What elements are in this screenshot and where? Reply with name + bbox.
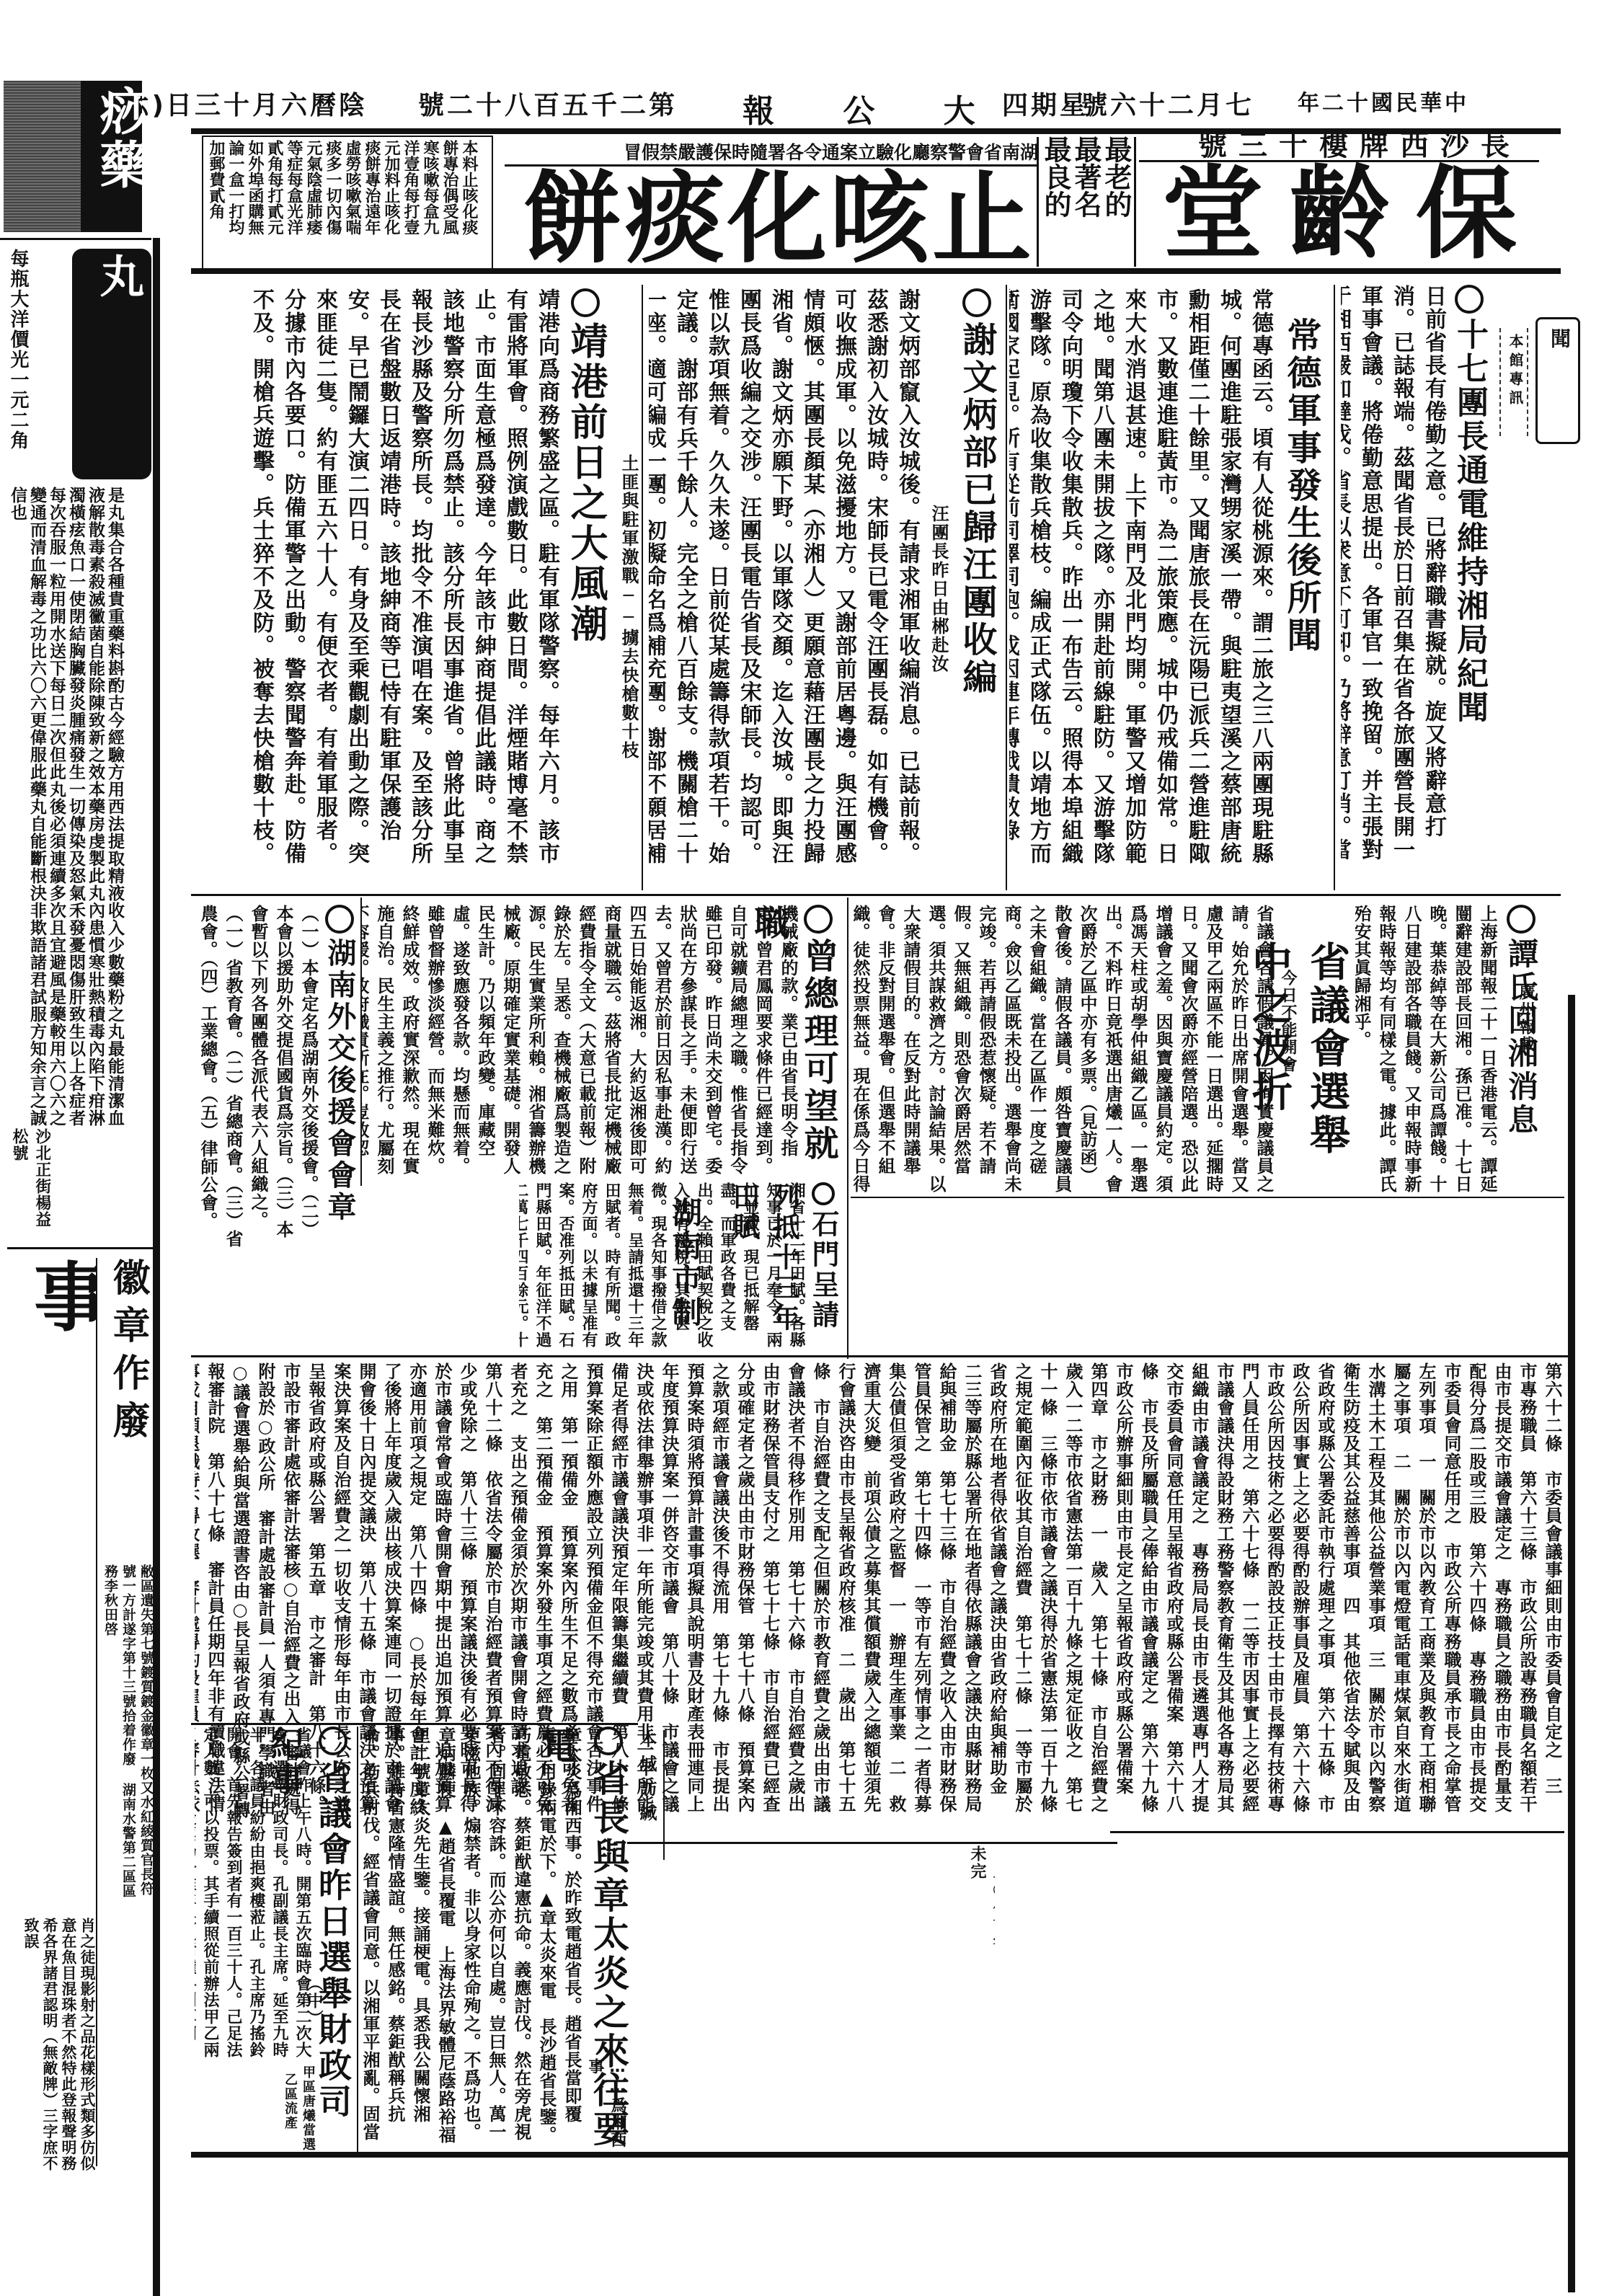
article-body: 章太炎爲湘西事。於昨致電趙省長。趙省長當即覆電。用錄兩電於下。▲章太炎來電 長沙…	[360, 1727, 584, 2152]
masthead-weekday: 四期星	[1002, 85, 1089, 122]
article-body: 第六十二條 市委員會議事細則由市委員會自定之 三 市專務職員 第六十三條 市政公…	[606, 1362, 1564, 1824]
zhike-title: 止咳化痰餅	[508, 164, 1034, 272]
article-zenghe: 曾總理可望就職 機械廠的款。業已由省長明令指定。曾君鳳岡要求條件已經達到。自可就…	[360, 905, 843, 1179]
section-rule	[627, 1842, 1117, 1844]
article-xiewen: 謝文炳部已歸汪團收編 汪團長昨日由郴赴汝 謝文炳部竄入汝城後。有請求湘軍收編消息…	[649, 288, 1002, 887]
zhike-desc-line: 等症每盒光洋	[285, 140, 303, 235]
column-rule	[357, 1727, 358, 2152]
qingxue-title-box: 清血解毒丸	[72, 249, 151, 479]
bullet-circle-icon	[804, 905, 833, 934]
band-rule	[191, 894, 1561, 896]
wudi-notice-body: 敝區遺失第七號鍍質鍍金徽章一枚又水紅綾質官長符號一方計遂字第十三號拾着作廢 湖南…	[101, 1564, 155, 1903]
article-tag: 廣州報載	[1515, 984, 1537, 1053]
baoling-slogan: 最老的 最著名 最良的	[1040, 136, 1133, 267]
section-label: 本省新聞	[1538, 319, 1580, 442]
article-subtitle: ……爲湘西事	[584, 2058, 629, 2152]
article-title: 謝文炳部已歸汪團收編	[957, 322, 997, 696]
column-rule	[1334, 285, 1335, 890]
article-body: 靖港向爲商務繁盛之區。駐有軍隊警察。每年六月。該市有雷將軍會。照例演戲數日。此數…	[202, 288, 562, 887]
yiyao-ad-title-box: 痧藥	[81, 81, 142, 232]
article-body: 謝文炳部竄入汝城後。有請求湘軍收編消息。已誌前報。茲悉謝初入汝城時。宋師長已電令…	[649, 288, 923, 887]
column-rule	[1006, 285, 1007, 890]
article-jinggang: 靖港前日之大風潮 土匪與駐軍激戰──擄去快槍數十枝 靖港向爲商務繁盛之區。駐有軍…	[202, 288, 642, 887]
ad-divider	[1037, 137, 1039, 267]
sidebar-rule	[0, 238, 151, 240]
zhike-desc-line: 如外埠函購無	[246, 140, 265, 235]
article-title: 十七團長通電維持湘局紀聞	[1451, 318, 1488, 724]
masthead-date: 號六十二月七	[1081, 85, 1254, 122]
qingxue-title: 清血解毒丸	[72, 249, 151, 479]
yiyao-ad-title: 痧藥	[81, 81, 142, 196]
article-subtitle: 汪團長昨日由郴赴汝	[926, 505, 952, 673]
article-shiqi: 十七團長通電維持湘局紀聞 日前省長有倦勤之意。已將辭職書擬就。旋又將辭意打消。已…	[1341, 285, 1492, 883]
article-body: 機械廠的款。業已由省長明令指定。曾君鳳岡要求條件已經達到。自可就鑛局總理之職。惟…	[360, 905, 800, 1179]
bullet-circle-icon	[812, 1182, 835, 1205]
zhike-desc-line: 元氣陰虛肺痿	[304, 140, 323, 235]
bullet-circle-icon	[319, 1727, 347, 1755]
article-subtitle-b: 乙區流產	[280, 2073, 299, 2130]
zhike-desc-line: 元加料止咳化	[382, 140, 401, 235]
article-shengyihui: 省議會昨日選舉財政司紀事 甲區唐爔當選 乙區流產 省議會昨上午八時。開第五次臨時…	[195, 1727, 357, 2152]
ad-divider	[1134, 137, 1136, 267]
article-tan: 譚氏回湘消息 廣州報載 上海新聞報二十一日香港電云。譚延闓辭建設部長回湘。孫已准…	[1355, 905, 1543, 1193]
masthead-issue: 號二十八百五千二第	[418, 85, 678, 122]
article-shengyi: 省議會選舉中之波折 今日不能開會 省議會各請假議員。因徇實慶議員之請。始允於昨日…	[851, 905, 1355, 1193]
wudi-title: 無敵牌牙粉啓事	[11, 1258, 96, 1907]
wudi-notice: 徽章作廢	[101, 1258, 155, 1561]
article-body: 省議會各請假議員。因徇實慶議員之請。始允於昨日出席開會選舉。當又慮及甲乙兩區不能…	[851, 905, 1276, 1193]
column-rule	[642, 285, 643, 890]
article-title: 湖南市制	[668, 1197, 703, 1329]
bullet-circle-icon	[325, 905, 354, 934]
zhike-desc-line: 本料止咳化痰	[460, 140, 479, 235]
zhike-desc-line: 餅專治偶受風	[440, 140, 459, 235]
sidebar-rule	[7, 1247, 155, 1249]
zhike-desc-line: 寒咳嗽每盒九	[421, 140, 440, 235]
sidebar-right-thick	[1568, 995, 1575, 2292]
zhike-desc-line: 痰多一切內傷	[324, 140, 342, 235]
masthead-paper-name: 報 公 大	[743, 85, 1004, 131]
bullet-circle-icon	[571, 288, 600, 317]
article-title: 靖港前日之大風潮	[564, 322, 607, 644]
section-label-box: 本省新聞	[1535, 317, 1580, 444]
article-body: 日前省長有倦勤之意。已將辭職書擬就。旋又將辭意打消。已誌報端。茲聞省長於日前召集…	[1341, 285, 1449, 883]
column-rule	[360, 897, 362, 1186]
slogan-line: 最良的	[1040, 136, 1071, 218]
section-tag: 本館專訊	[1499, 328, 1528, 436]
page-bottom-rule	[191, 2152, 1572, 2158]
bullet-circle-icon	[594, 1727, 623, 1755]
article-waijiao-cont	[1226, 1200, 1564, 1352]
article-zhangtaiyan-tag: 本城訪緘	[634, 1730, 665, 1860]
zhike-desc-line: 洋壹角每打壹	[402, 140, 420, 235]
slogan-line: 最著名	[1070, 136, 1102, 218]
article-changde: 常德軍事發生後所聞 常德專函云。頃有人從桃源來。謂二旅之三八兩團現駐縣城。何團進…	[1009, 288, 1326, 887]
qingxue-body: 是丸集合各種貴重藥料斟酌古今經驗方用西法提取精液收入少數藥粉之丸最能清潔血液解散…	[7, 487, 159, 1128]
section-rule	[1110, 1831, 1564, 1833]
slogan-line: 最老的	[1100, 136, 1132, 218]
zhike-desc-line: 加郵費貳角	[207, 140, 226, 219]
qingxue-price: 每瓶大洋價光一元二角	[7, 249, 68, 479]
article-body: 省議會昨上午八時。開第五次臨時會第二次大會。選舉財政司長。孔副議長主席。延至九時…	[195, 1727, 314, 2058]
article-subtitle-a: 甲區唐爔當選	[298, 2065, 317, 2152]
top-ad-bottom-rule	[191, 268, 1561, 274]
article-subtitle: 土匪與駐軍激戰──擄去快槍數十枝	[616, 454, 642, 760]
masthead-year: 年二十國民華中	[1298, 85, 1469, 117]
article-body: 上海新聞報二十一日香港電云。譚延闓辭建設部長回湘。孫已准。十七日晚。葉恭綽等在大…	[1355, 905, 1499, 1193]
zhike-desc-line: 貳角每打貳元	[265, 140, 284, 235]
section-rule	[191, 1723, 638, 1725]
bullet-circle-icon	[1507, 905, 1535, 934]
bullet-circle-icon	[962, 288, 991, 317]
masthead: (六) 日三十月六曆陰 號二十八百五千二第 報 公 大 四期星 號六十二月七 年…	[108, 85, 1550, 128]
zhike-ad-desc: 本料止咳化痰 餅專治偶受風 寒咳嗽每盒九 洋壹角每打壹 元加料止咳化 痰餅專治遠…	[202, 136, 493, 270]
article-zhangtaiyan: 省長與章太炎之來往要電 ……爲湘西事 章太炎爲湘西事。於昨致電趙省長。趙省長當即…	[360, 1727, 634, 2152]
zhike-desc-line: 虛勞咳嗽氣喘	[343, 140, 362, 235]
zhike-desc-line: 痰餅專治遠年	[363, 140, 381, 235]
bullet-circle-icon	[1455, 285, 1484, 314]
baoling-title: 保齡堂	[1146, 160, 1543, 268]
section-rule	[851, 1197, 1564, 1198]
article-subtitle: 今日不能開會	[1277, 970, 1299, 1073]
yiyao-ad-text	[4, 81, 83, 232]
wudi-body: 無敵牌牙粉銷行各省久已馳名今有不肖之徒現影射之品花樣形式類多仿似意在魚目混珠者不…	[22, 1918, 97, 2177]
article-body: 常德專函云。頃有人從桃源來。謂二旅之三八兩團現駐縣城。何團進駐張家灣甥家溪一帶。…	[1009, 288, 1276, 887]
article-title: 湖南外交後援會會章	[323, 938, 356, 1223]
article-shizhi-footer: 以上○代市字 未完	[966, 1845, 995, 1961]
masthead-lunar-date: 日三十月六曆陰	[166, 85, 368, 122]
zhike-desc-line: 論一盒一打均	[226, 140, 245, 235]
article-title: 常德軍事發生後所聞	[1281, 317, 1321, 655]
column-rule	[847, 897, 848, 1359]
qingxue-distributor: 總發行所長沙端履街義大藥房 分銷處長沙北正街楊益松號	[7, 1128, 50, 1244]
